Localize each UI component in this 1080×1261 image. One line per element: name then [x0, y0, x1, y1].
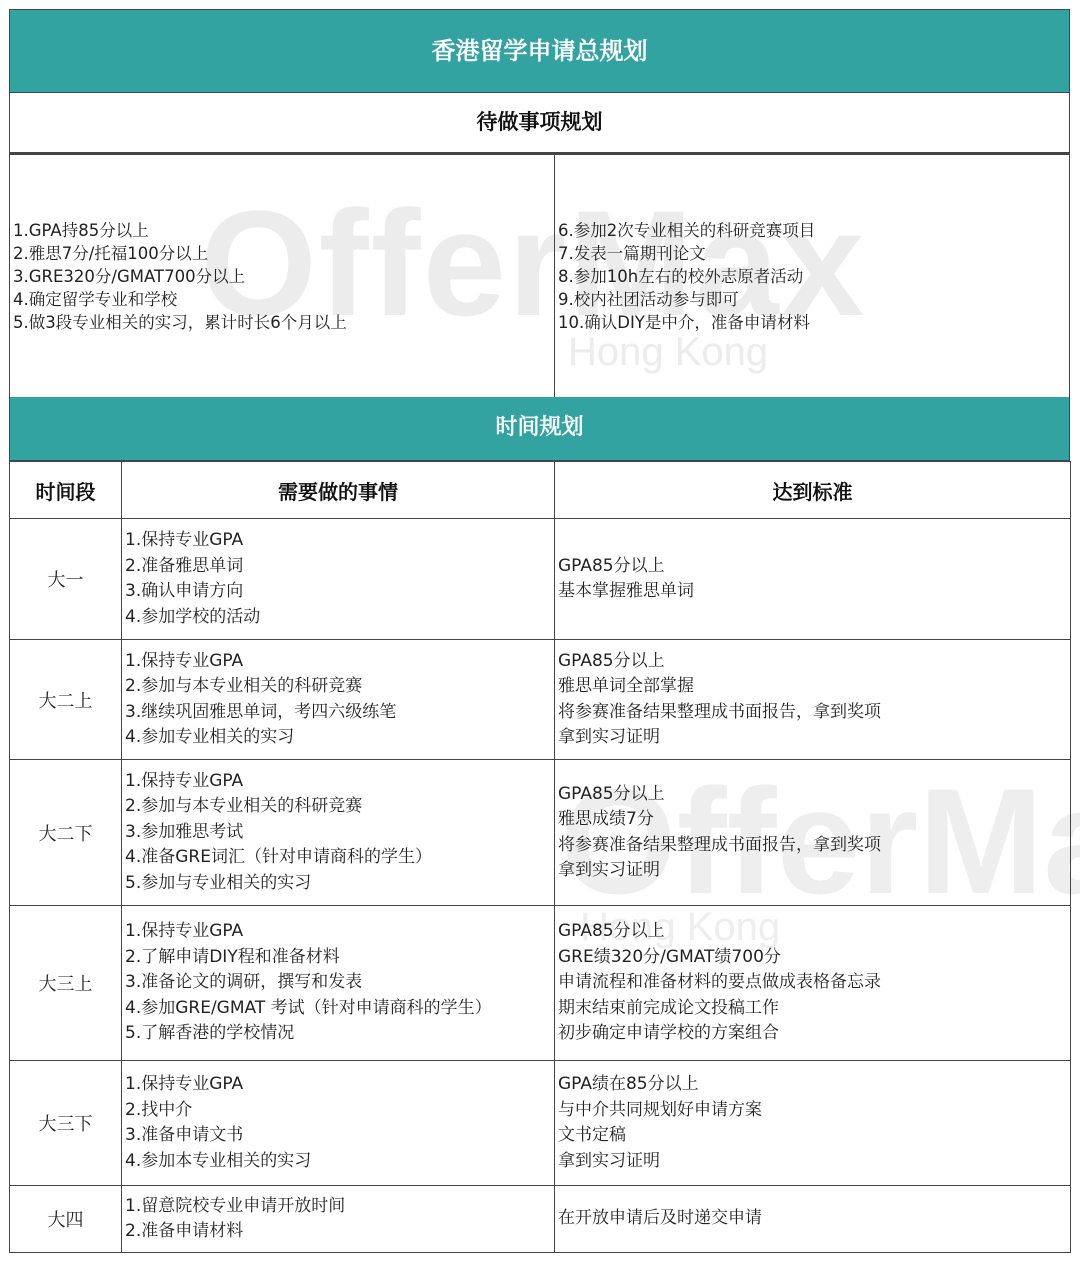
- task-item: 1.留意院校专业申请开放时间: [125, 1194, 554, 1220]
- standard-item: 与中介共同规划好申请方案: [558, 1098, 1070, 1124]
- todo-item: 1.GPA持85分以上: [13, 219, 554, 242]
- standards-cell: GPA85分以上 GRE绩320分/GMAT绩700分 申请流程和准备材料的要点…: [555, 906, 1071, 1061]
- standard-item: GPA85分以上: [558, 649, 1070, 675]
- standard-item: 将参赛准备结果整理成书面报告，拿到奖项: [558, 833, 1070, 859]
- tasks-cell: 1.保持专业GPA 2.了解申请DIY程和准备材料 3.准备论文的调研，撰写和发…: [122, 906, 555, 1061]
- todo-item: 2.雅思7分/托福100分以上: [13, 242, 554, 265]
- task-item: 2.参加与本专业相关的科研竞赛: [125, 794, 554, 820]
- task-item: 1.保持专业GPA: [125, 919, 554, 945]
- task-item: 2.准备雅思单词: [125, 554, 554, 580]
- tasks-cell: 1.保持专业GPA 2.准备雅思单词 3.确认申请方向 4.参加学校的活动: [122, 519, 555, 640]
- period-cell: 大三上: [10, 906, 122, 1061]
- standard-item: GPA85分以上: [558, 554, 1070, 580]
- standard-item: 在开放申请后及时递交申请: [558, 1206, 1070, 1232]
- period-cell: 大三下: [10, 1061, 122, 1186]
- task-item: 2.找中介: [125, 1098, 554, 1124]
- period-cell: 大四: [10, 1186, 122, 1253]
- standard-item: 雅思成绩7分: [558, 807, 1070, 833]
- standard-item: GRE绩320分/GMAT绩700分: [558, 945, 1070, 971]
- planning-sheet: 香港留学申请总规划 待做事项规划 OfferMax Hong Kong 1.GP…: [9, 9, 1070, 1253]
- standard-item: 期末结束前完成论文投稿工作: [558, 996, 1070, 1022]
- tasks-cell: 1.保持专业GPA 2.参加与本专业相关的科研竞赛 3.参加雅思考试 4.准备G…: [122, 760, 555, 906]
- standard-item: 申请流程和准备材料的要点做成表格备忘录: [558, 970, 1070, 996]
- task-item: 4.参加专业相关的实习: [125, 725, 554, 751]
- todo-item: 9.校内社团活动参与即可: [558, 288, 1069, 311]
- table-row: 大二下 1.保持专业GPA 2.参加与本专业相关的科研竞赛 3.参加雅思考试 4…: [10, 760, 1071, 906]
- column-header-period: 时间段: [10, 462, 122, 519]
- table-header-row: 时间段 需要做的事情 达到标准: [10, 462, 1071, 519]
- standard-item: GPA85分以上: [558, 919, 1070, 945]
- column-header-standards: 达到标准: [555, 462, 1071, 519]
- task-item: 3.确认申请方向: [125, 579, 554, 605]
- standard-item: 雅思单词全部掌握: [558, 674, 1070, 700]
- task-item: 3.继续巩固雅思单词，考四六级练笔: [125, 700, 554, 726]
- task-item: 1.保持专业GPA: [125, 528, 554, 554]
- standards-cell: GPA85分以上 雅思成绩7分 将参赛准备结果整理成书面报告，拿到奖项 拿到实习…: [555, 760, 1071, 906]
- task-item: 1.保持专业GPA: [125, 1072, 554, 1098]
- task-item: 2.了解申请DIY程和准备材料: [125, 945, 554, 971]
- column-header-tasks: 需要做的事情: [122, 462, 555, 519]
- task-item: 3.参加雅思考试: [125, 820, 554, 846]
- table-row: 大三下 1.保持专业GPA 2.找中介 3.准备申请文书 4.参加本专业相关的实…: [10, 1061, 1071, 1186]
- timeline-table: 时间段 需要做的事情 达到标准 大一 1.保持专业GPA 2.准备雅思单词 3.…: [9, 461, 1071, 1253]
- task-item: 4.参加本专业相关的实习: [125, 1149, 554, 1175]
- task-item: 3.准备论文的调研，撰写和发表: [125, 970, 554, 996]
- todo-item: 7.发表一篇期刊论文: [558, 242, 1069, 265]
- task-item: 5.参加与专业相关的实习: [125, 871, 554, 897]
- todo-item: 4.确定留学专业和学校: [13, 288, 554, 311]
- task-item: 4.参加学校的活动: [125, 605, 554, 631]
- standard-item: 拿到实习证明: [558, 858, 1070, 884]
- todo-list-left: 1.GPA持85分以上 2.雅思7分/托福100分以上 3.GRE320分/GM…: [10, 155, 555, 397]
- table-row: 大二上 1.保持专业GPA 2.参加与本专业相关的科研竞赛 3.继续巩固雅思单词…: [10, 640, 1071, 760]
- todo-heading: 待做事项规划: [9, 93, 1070, 153]
- standard-item: 拿到实习证明: [558, 1149, 1070, 1175]
- task-item: 4.准备GRE词汇（针对申请商科的学生）: [125, 845, 554, 871]
- standard-item: 文书定稿: [558, 1123, 1070, 1149]
- todo-item: 5.做3段专业相关的实习，累计时长6个月以上: [13, 311, 554, 334]
- standards-cell: GPA85分以上 雅思单词全部掌握 将参赛准备结果整理成书面报告，拿到奖项 拿到…: [555, 640, 1071, 760]
- todo-list-right: 6.参加2次专业相关的科研竞赛项目 7.发表一篇期刊论文 8.参加10h左右的校…: [555, 155, 1069, 397]
- period-cell: 大一: [10, 519, 122, 640]
- timeline-heading: 时间规划: [9, 397, 1070, 461]
- task-item: 4.参加GRE/GMAT 考试（针对申请商科的学生）: [125, 996, 554, 1022]
- task-item: 1.保持专业GPA: [125, 649, 554, 675]
- task-item: 2.准备申请材料: [125, 1219, 554, 1245]
- task-item: 1.保持专业GPA: [125, 769, 554, 795]
- standard-item: GPA85分以上: [558, 782, 1070, 808]
- todo-item: 6.参加2次专业相关的科研竞赛项目: [558, 219, 1069, 242]
- standard-item: GPA绩在85分以上: [558, 1072, 1070, 1098]
- todo-item: 10.确认DIY是中介，准备申请材料: [558, 311, 1069, 334]
- period-cell: 大二下: [10, 760, 122, 906]
- standard-item: 将参赛准备结果整理成书面报告，拿到奖项: [558, 700, 1070, 726]
- tasks-cell: 1.留意院校专业申请开放时间 2.准备申请材料: [122, 1186, 555, 1253]
- task-item: 3.准备申请文书: [125, 1123, 554, 1149]
- standards-cell: GPA绩在85分以上 与中介共同规划好申请方案 文书定稿 拿到实习证明: [555, 1061, 1071, 1186]
- standards-cell: 在开放申请后及时递交申请: [555, 1186, 1071, 1253]
- tasks-cell: 1.保持专业GPA 2.参加与本专业相关的科研竞赛 3.继续巩固雅思单词，考四六…: [122, 640, 555, 760]
- table-row: 大一 1.保持专业GPA 2.准备雅思单词 3.确认申请方向 4.参加学校的活动…: [10, 519, 1071, 640]
- todo-item: 8.参加10h左右的校外志原者活动: [558, 265, 1069, 288]
- task-item: 5.了解香港的学校情况: [125, 1021, 554, 1047]
- page-title: 香港留学申请总规划: [9, 9, 1070, 93]
- todo-item: 3.GRE320分/GMAT700分以上: [13, 265, 554, 288]
- table-row: 大四 1.留意院校专业申请开放时间 2.准备申请材料 在开放申请后及时递交申请: [10, 1186, 1071, 1253]
- tasks-cell: 1.保持专业GPA 2.找中介 3.准备申请文书 4.参加本专业相关的实习: [122, 1061, 555, 1186]
- period-cell: 大二上: [10, 640, 122, 760]
- standard-item: 初步确定申请学校的方案组合: [558, 1021, 1070, 1047]
- standards-cell: GPA85分以上 基本掌握雅思单词: [555, 519, 1071, 640]
- todo-section: OfferMax Hong Kong 1.GPA持85分以上 2.雅思7分/托福…: [9, 153, 1070, 397]
- standard-item: 基本掌握雅思单词: [558, 579, 1070, 605]
- table-row: 大三上 1.保持专业GPA 2.了解申请DIY程和准备材料 3.准备论文的调研，…: [10, 906, 1071, 1061]
- standard-item: 拿到实习证明: [558, 725, 1070, 751]
- task-item: 2.参加与本专业相关的科研竞赛: [125, 674, 554, 700]
